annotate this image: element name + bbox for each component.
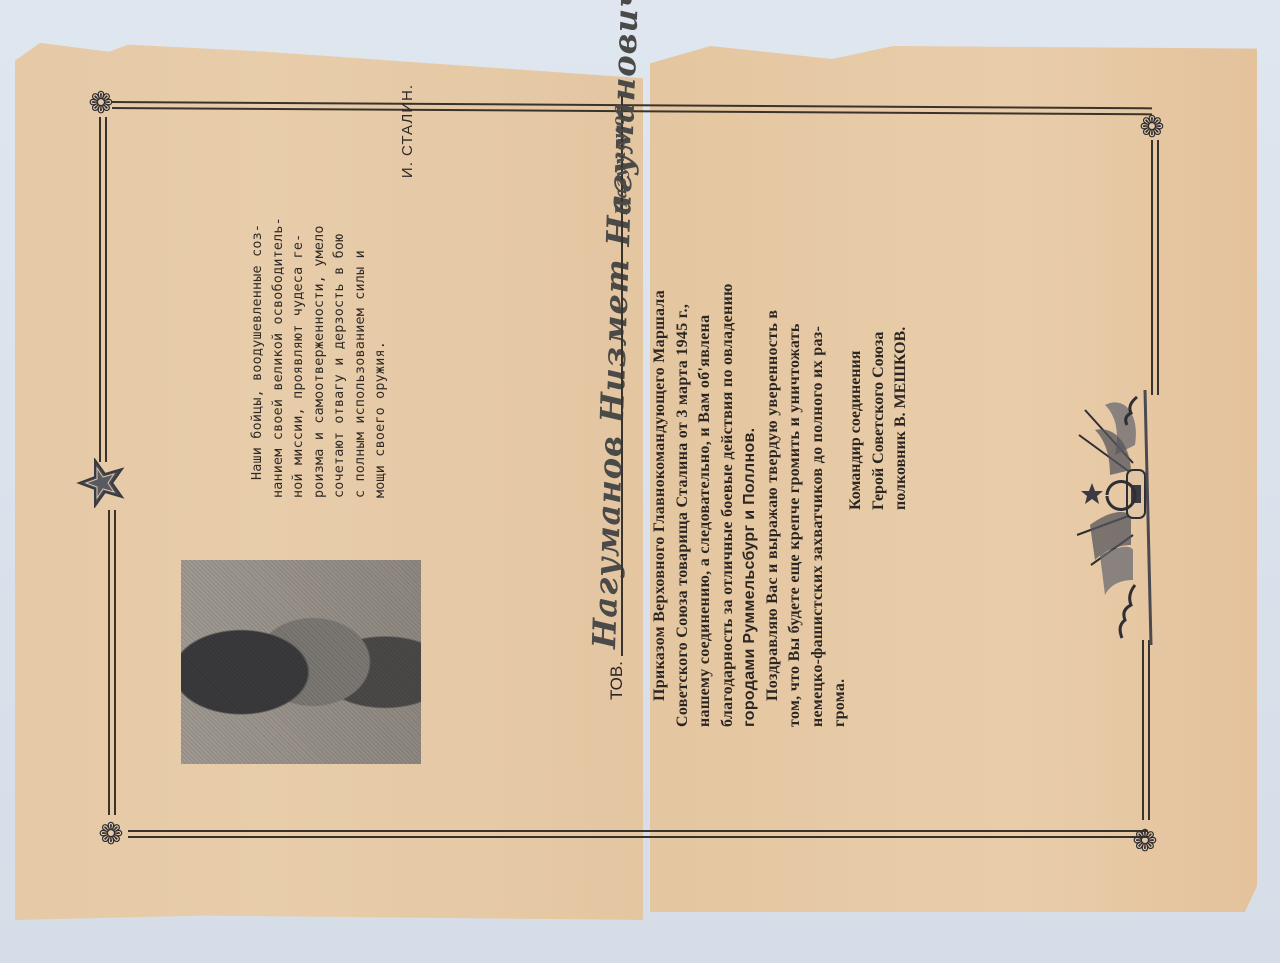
portrait-photo bbox=[181, 560, 421, 764]
quote-line: мощи своего оружия. bbox=[371, 78, 392, 498]
body-line: нашему соединению, а следовательно, и Ва… bbox=[694, 107, 717, 727]
quote-line: сочетают отвагу и дерзость в бою bbox=[330, 78, 351, 498]
quote-line: ной миссии, проявляют чудеса ге- bbox=[289, 78, 310, 498]
quote-line: нанием своей великой освободитель- bbox=[269, 78, 290, 498]
body-line: Поздравляю Вас и выражаю твердую уверенн… bbox=[762, 107, 785, 727]
flags-emblem-icon bbox=[1065, 385, 1155, 650]
body-line: Приказом Верховного Главнокомандующего М… bbox=[649, 107, 672, 727]
body-line: Советского Союза товарища Сталина от 3 м… bbox=[672, 107, 695, 727]
signature-line: полковник В. МЕШКОВ. bbox=[890, 327, 913, 510]
body-line: немецко-фашистских захватчиков до полног… bbox=[807, 107, 830, 727]
signature-line: Командир соединения bbox=[845, 327, 868, 510]
stalin-quote: Наши бойцы, воодушевленные соз- нанием с… bbox=[248, 78, 418, 498]
body-line: городами Руммельсбург и Поллнов. bbox=[739, 107, 762, 727]
rosette-icon: ❁ bbox=[98, 822, 124, 848]
body-line: благодарность за отличные боевые действи… bbox=[717, 107, 740, 727]
body-text: Приказом Верховного Главнокомандующего М… bbox=[649, 107, 852, 727]
handwritten-name-top: Нагуманов bbox=[608, 103, 631, 215]
quote-line: Наши бойцы, воодушевленные соз- bbox=[248, 78, 269, 498]
quote-line: роизма и самоотверженности, умело bbox=[310, 78, 331, 498]
quote-line: с полным использованием силы и bbox=[351, 78, 372, 498]
star-icon bbox=[76, 458, 126, 508]
rosette-icon: ❁ bbox=[88, 91, 114, 117]
quote-author: И. СТАЛИН. bbox=[398, 78, 419, 498]
rosette-icon: ❁ bbox=[1139, 115, 1165, 141]
body-line: том, что Вы будете еще крепче громить и … bbox=[784, 107, 807, 727]
rosette-icon: ❁ bbox=[1132, 829, 1158, 855]
addressee-prefix: ТОВ. bbox=[607, 661, 627, 700]
signature-line: Герой Советского Союза bbox=[868, 327, 891, 510]
signature-block: Командир соединения Герой Советского Сою… bbox=[845, 327, 913, 510]
